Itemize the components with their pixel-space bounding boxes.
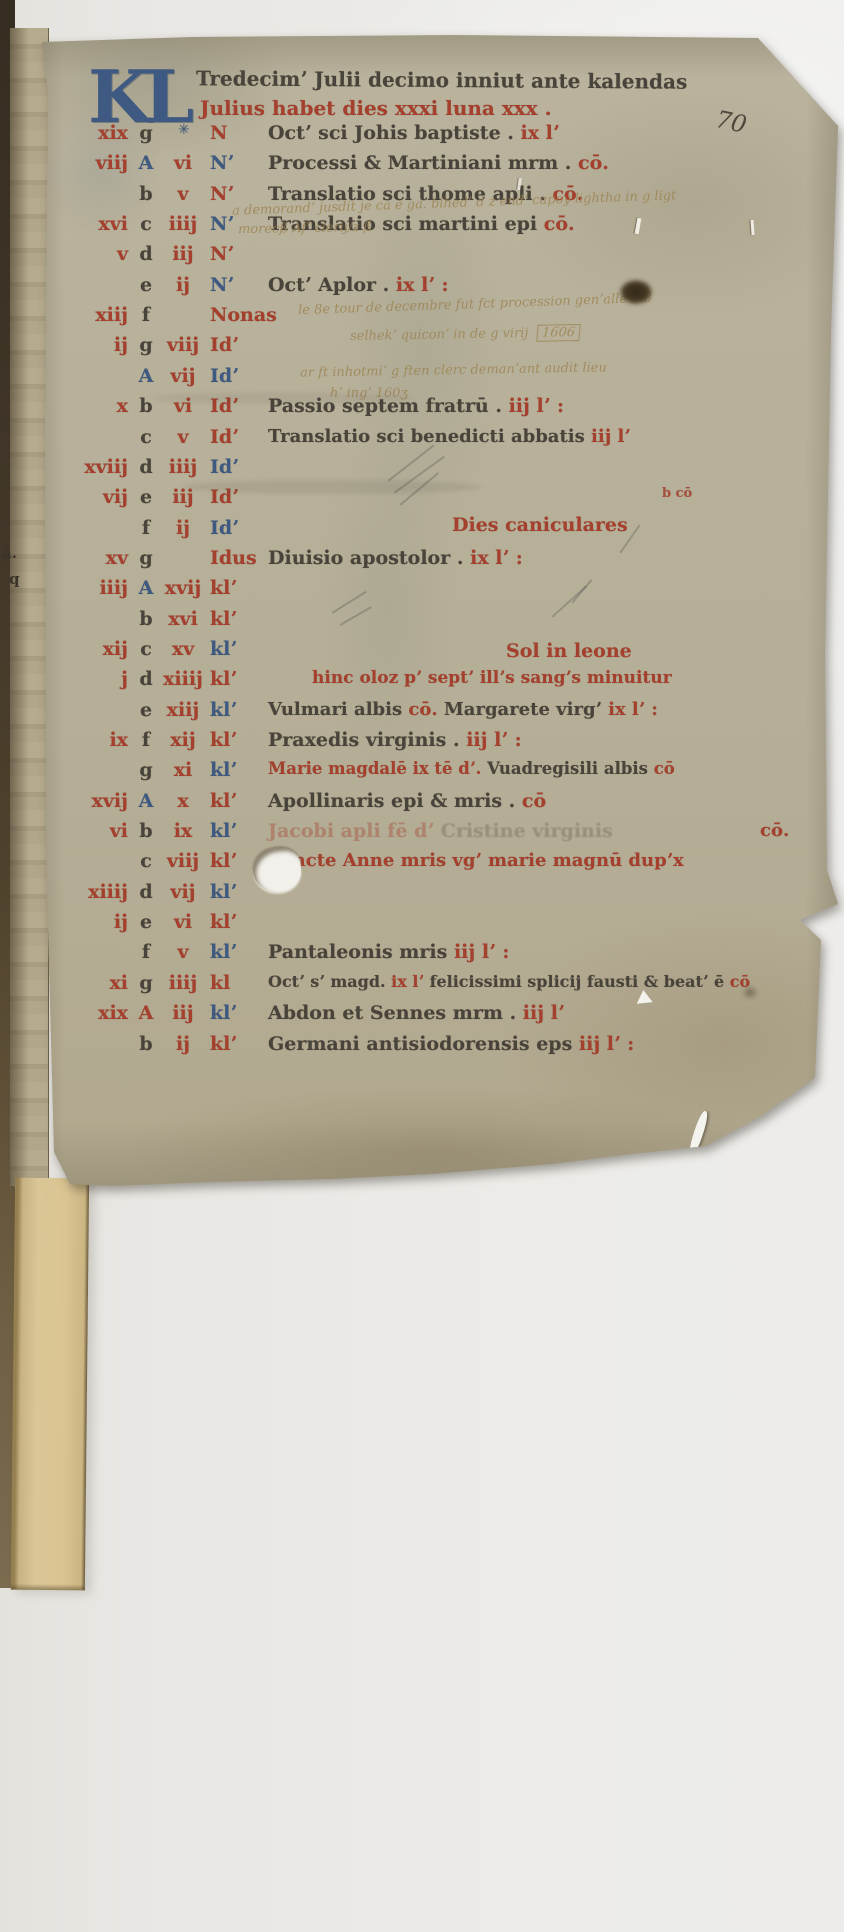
faint-annotation: le 8e tour de decembre fut fct processio… bbox=[298, 291, 652, 318]
surface-chip bbox=[635, 989, 652, 1004]
show-through-smudge bbox=[182, 480, 482, 494]
strap-cut-end bbox=[11, 1584, 85, 1591]
small-stain bbox=[742, 986, 758, 999]
gutter-text-fragment: ā. bbox=[2, 546, 17, 561]
gutter-text-fragment: q bbox=[9, 572, 20, 587]
calendar-page-july: KL Tredecimʼ Julii decimo inniut ante ka… bbox=[32, 32, 838, 1192]
manuscript-photo: ā. q KL Tredecimʼ Julii decimo inniut an… bbox=[0, 0, 844, 1932]
bookmark-strap bbox=[11, 1178, 89, 1591]
ink-stain bbox=[620, 280, 652, 304]
faint-annotation: a demorandʼ jusdit je ca e ga. blhedʼ d … bbox=[232, 188, 677, 219]
show-through-smudge bbox=[152, 392, 412, 404]
faint-annotation: selhekʼ quiconʼ in de g virij1606 bbox=[350, 324, 580, 345]
faint-annotation: morecß Afʼ clerij/z ß bbox=[238, 220, 372, 237]
faint-annotation: ar ft inhotmiʼ g ften clerc demanʼant au… bbox=[300, 360, 607, 380]
parchment-leaf-wrap: KL Tredecimʼ Julii decimo inniut ante ka… bbox=[32, 32, 838, 1192]
later-annotations: a demorandʼ jusdit je ca e ga. blhedʼ d … bbox=[32, 32, 838, 1192]
